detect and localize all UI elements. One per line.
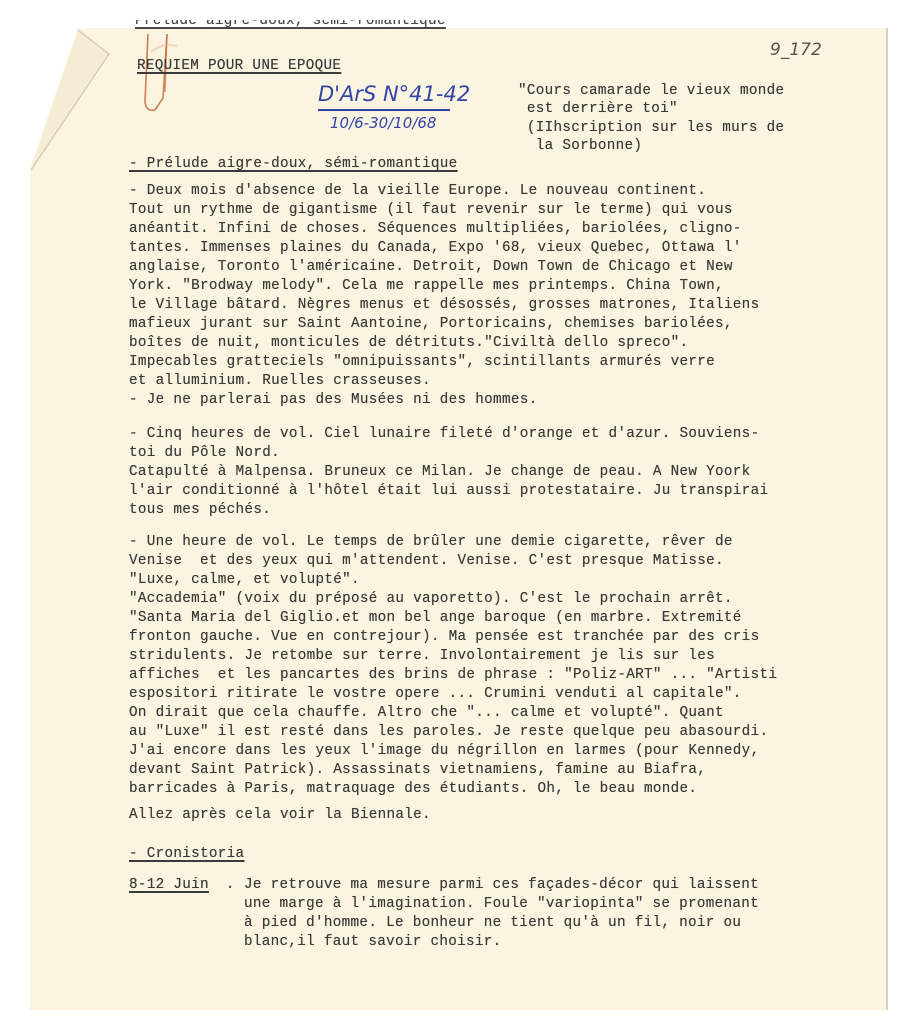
handwritten-issue: D'ArS N°41-42 <box>318 82 470 106</box>
text-line: boîtes de nuit, monticules de détrituts.… <box>129 334 688 353</box>
paragraph-biennale: Allez après cela voir la Biennale. <box>129 806 431 825</box>
text-line: blanc,il faut savoir choisir. <box>244 933 502 952</box>
chronicle-separator: . <box>217 876 235 895</box>
handwritten-dates: 10/6-30/10/68 <box>330 114 436 132</box>
text-line: affiches et les pancartes des brins de p… <box>129 666 777 685</box>
text-line: Tout un rythme de gigantisme (il faut re… <box>129 201 733 220</box>
text-line: le Village bâtard. Nègres menus et désos… <box>129 296 759 315</box>
text-line: et alluminium. Ruelles crasseuses. <box>129 372 431 391</box>
document-title: REQUIEM POUR UNE EPOQUE <box>137 57 341 76</box>
text-line: "Luxe, calme, et volupté". <box>129 571 360 590</box>
text-line: Venise et des yeux qui m'attendent. Veni… <box>129 552 724 571</box>
text-line: barricades à Paris, matraquage des étudi… <box>129 780 697 799</box>
handwritten-underline <box>318 109 450 111</box>
text-line: anéantit. Infini de choses. Séquences mu… <box>129 220 742 239</box>
text-line: mafieux jurant sur Saint Aantoine, Porto… <box>129 315 733 334</box>
text-line: toi du Pôle Nord. <box>129 444 280 463</box>
text-line: Je retrouve ma mesure parmi ces façades-… <box>244 876 759 895</box>
epigraph-line: "Cours camarade le vieux monde <box>518 82 784 101</box>
text-line: Catapulté à Malpensa. Bruneux ce Milan. … <box>129 463 751 482</box>
text-line: J'ai encore dans les yeux l'image du nég… <box>129 742 759 761</box>
text-line: tous mes péchés. <box>129 501 271 520</box>
epigraph-line: (IIhscription sur les murs de <box>518 119 784 138</box>
text-line: stridulents. Je retombe sur terre. Invol… <box>129 647 715 666</box>
text-line: - Une heure de vol. Le temps de brûler u… <box>129 533 733 552</box>
text-line: Impecables gratteciels "omnipuissants", … <box>129 353 715 372</box>
text-line: fronton gauche. Vue en contrejour). Ma p… <box>129 628 759 647</box>
cut-off-header: Prélude aigre-doux, sémi-romantique <box>135 20 487 36</box>
text-line: espositori ritirate le vostre opere ... … <box>129 685 742 704</box>
epigraph-line: est derrière toi" <box>518 100 678 119</box>
chronicle-date: 8-12 Juin <box>129 876 209 895</box>
text-line: anglaise, Toronto l'américaine. Detroit,… <box>129 258 733 277</box>
text-line: "Accademia" (voix du préposé au vaporett… <box>129 590 733 609</box>
section-heading-prelude: - Prélude aigre-doux, sémi-romantique <box>129 155 458 174</box>
text-line: l'air conditionné à l'hôtel était lui au… <box>129 482 768 501</box>
text-line: une marge à l'imagination. Foule "variop… <box>244 895 759 914</box>
section-heading-cronistoria: - Cronistoria <box>129 845 244 864</box>
epigraph-line: la Sorbonne) <box>518 137 642 156</box>
text-line: On dirait que cela chauffe. Altro che ".… <box>129 704 724 723</box>
text-line: "Santa Maria del Giglio.et mon bel ange … <box>129 609 742 628</box>
page-number: 9_172 <box>770 40 822 60</box>
text-line: York. "Brodway melody". Cela me rappelle… <box>129 277 724 296</box>
text-line: à pied d'homme. Le bonheur ne tient qu'à… <box>244 914 741 933</box>
text-line: - Deux mois d'absence de la vieille Euro… <box>129 182 706 201</box>
paper-edge <box>886 28 888 1010</box>
text-line: - Je ne parlerai pas des Musées ni des h… <box>129 391 537 410</box>
text-line: au "Luxe" il est resté dans les paroles.… <box>129 723 768 742</box>
text-line: devant Saint Patrick). Assassinats vietn… <box>129 761 706 780</box>
text-line: - Cinq heures de vol. Ciel lunaire filet… <box>129 425 759 444</box>
text-line: tantes. Immenses plaines du Canada, Expo… <box>129 239 742 258</box>
folded-corner <box>31 30 131 175</box>
